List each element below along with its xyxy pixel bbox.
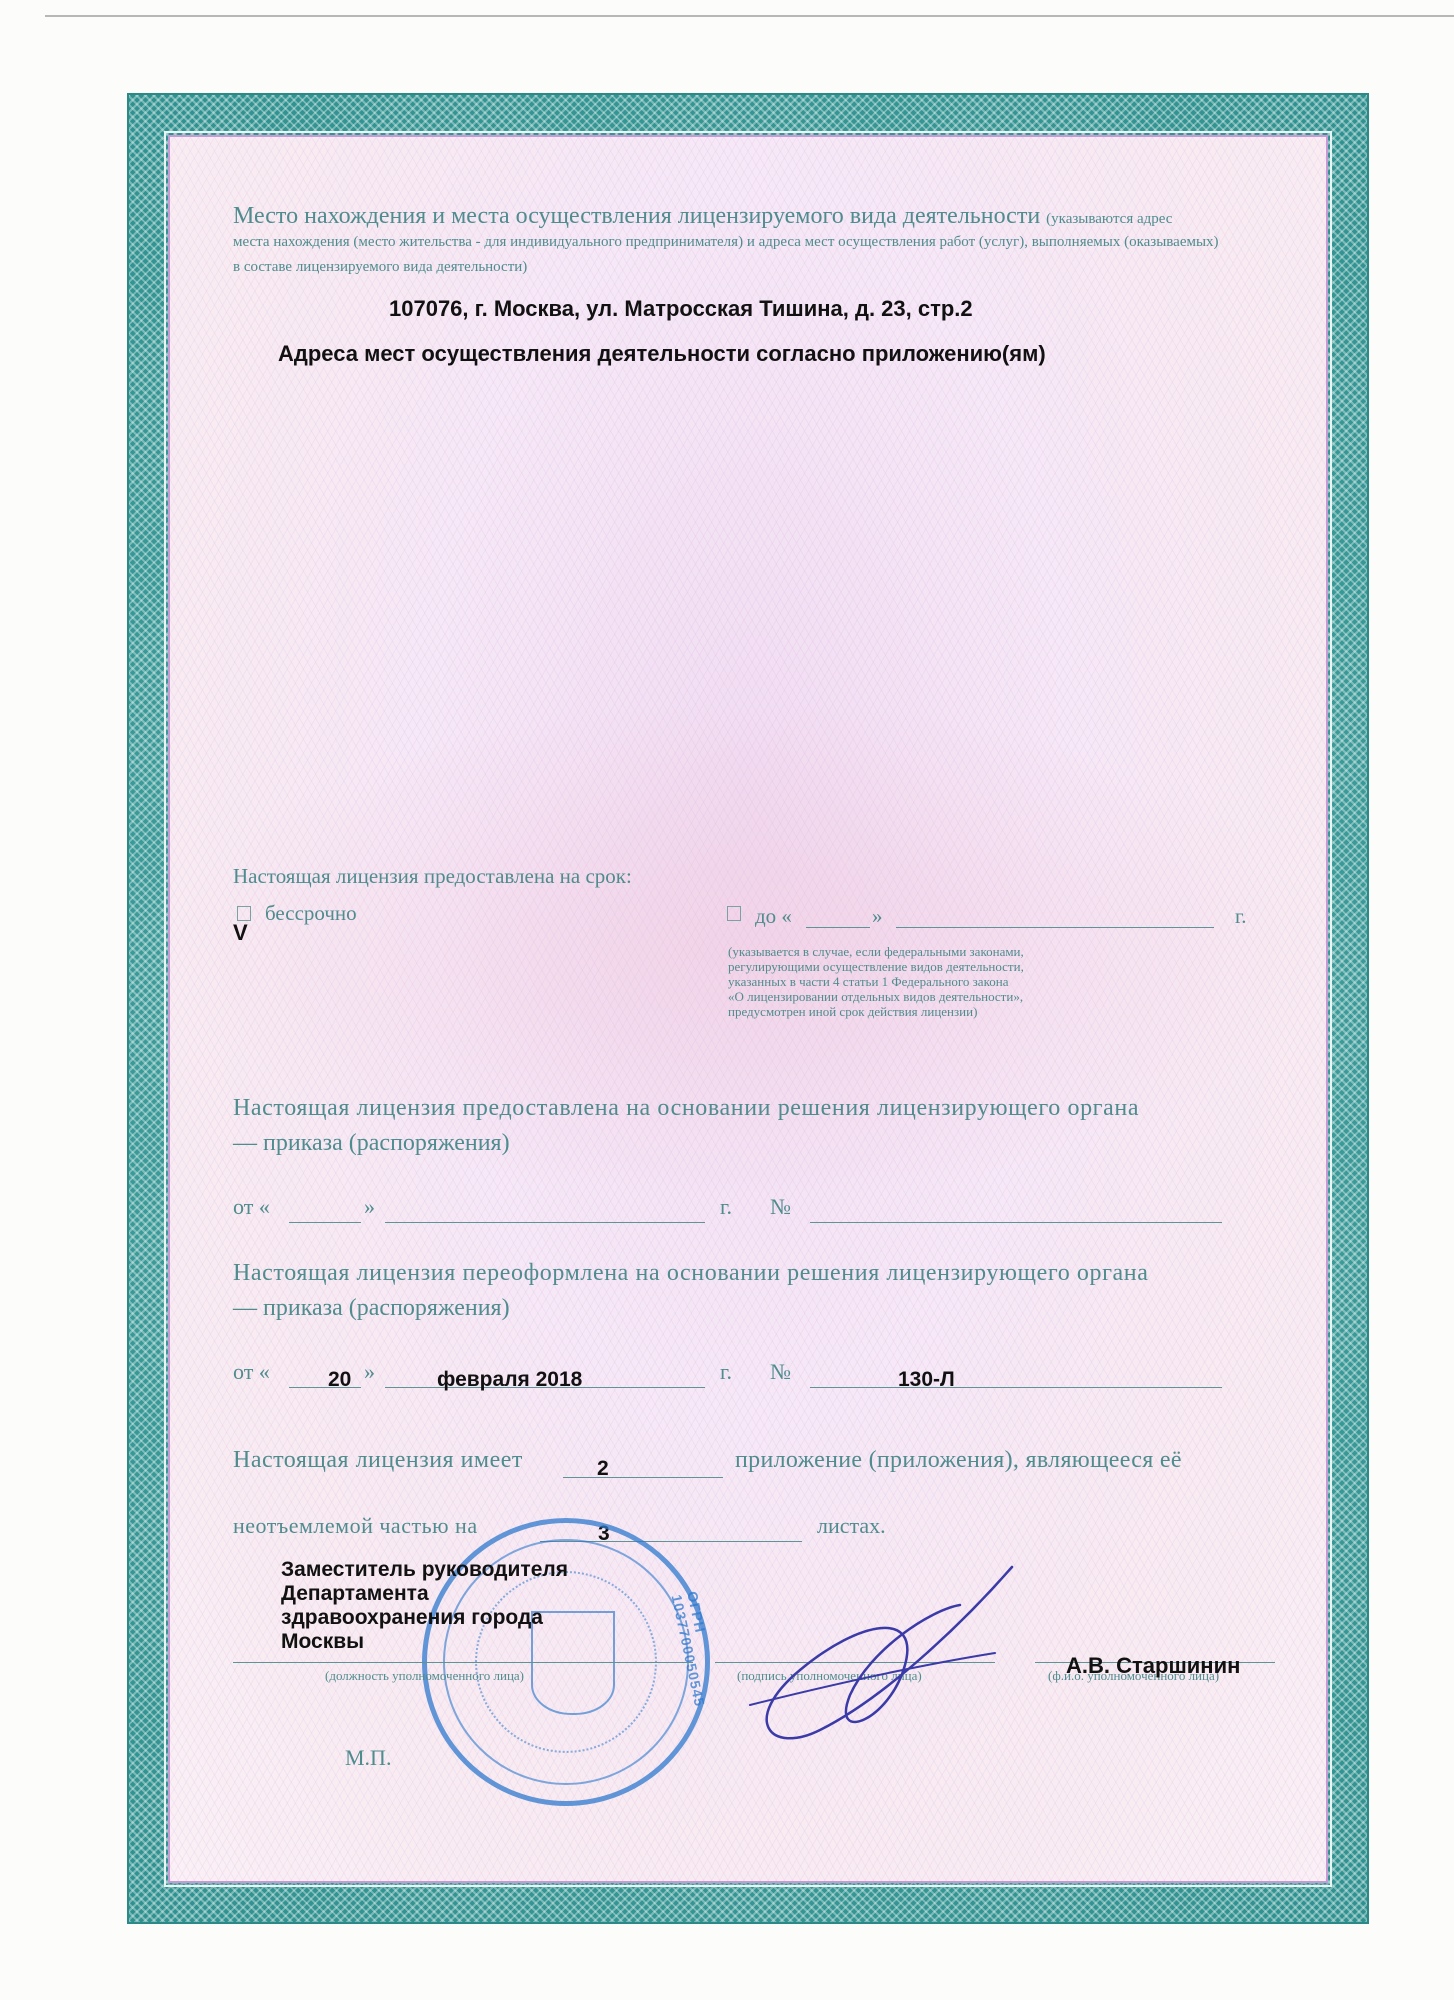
term-note-line: «О лицензировании отдельных видов деятел… bbox=[728, 989, 1088, 1004]
basis-from-label: от « bbox=[233, 1194, 270, 1220]
location-note-2: места нахождения (место жительства - для… bbox=[233, 234, 1219, 251]
activity-addresses-note: Адреса мест осуществления деятельности с… bbox=[278, 341, 1046, 367]
location-heading-text: Место нахождения и места осуществления л… bbox=[233, 203, 1040, 229]
until-close-quote: » bbox=[872, 904, 883, 929]
reissue-from-label: от « bbox=[233, 1359, 270, 1385]
until-month-year-field[interactable] bbox=[896, 927, 1214, 928]
until-year-suffix: г. bbox=[1235, 904, 1247, 929]
position-line: здравоохранения города bbox=[281, 1606, 568, 1630]
position-line: Департамента bbox=[281, 1582, 568, 1606]
basis-line-1: Настоящая лицензия предоставлена на осно… bbox=[233, 1095, 1139, 1122]
seal-place-label: М.П. bbox=[345, 1745, 391, 1771]
signatory-position: Заместитель руководителя Департамента зд… bbox=[281, 1558, 568, 1654]
reissue-day-value: 20 bbox=[328, 1368, 351, 1392]
position-line-field bbox=[233, 1662, 693, 1663]
until-date-checkbox[interactable] bbox=[727, 906, 741, 921]
check-mark-icon: V bbox=[233, 920, 248, 946]
reissue-line-2: — приказа (распоряжения) bbox=[233, 1295, 510, 1322]
reissue-month-year-value: февраля 2018 bbox=[437, 1368, 582, 1392]
location-heading: Место нахождения и места осуществления л… bbox=[233, 203, 1172, 230]
license-address: 107076, г. Москва, ул. Матросская Тишина… bbox=[389, 296, 973, 322]
attachments-count-value: 2 bbox=[597, 1457, 609, 1481]
scan-edge-line bbox=[45, 15, 1454, 17]
basis-number-field[interactable] bbox=[810, 1222, 1222, 1223]
sheets-prefix: неотъемлемой частью на bbox=[233, 1513, 478, 1539]
handwritten-signature bbox=[730, 1555, 1030, 1755]
indefinite-checkbox[interactable] bbox=[237, 906, 251, 921]
reissue-number-label: № bbox=[770, 1359, 791, 1385]
position-line: Заместитель руководителя bbox=[281, 1558, 568, 1582]
term-note: (указывается в случае, если федеральными… bbox=[728, 944, 1088, 1019]
position-caption: (должность уполномоченного лица) bbox=[325, 1668, 524, 1684]
basis-close-quote: » bbox=[364, 1194, 375, 1220]
basis-line-2: — приказа (распоряжения) bbox=[233, 1130, 510, 1157]
sheets-suffix: листах. bbox=[817, 1513, 886, 1539]
term-note-line: (указывается в случае, если федеральными… bbox=[728, 944, 1088, 959]
reissue-number-field[interactable] bbox=[810, 1387, 1222, 1388]
basis-year-suffix: г. bbox=[720, 1194, 732, 1220]
reissue-year-suffix: г. bbox=[720, 1359, 732, 1385]
reissue-number-value: 130-Л bbox=[898, 1368, 955, 1392]
attachments-prefix: Настоящая лицензия имеет bbox=[233, 1447, 523, 1474]
basis-month-year-field[interactable] bbox=[385, 1222, 705, 1223]
reissue-line-1: Настоящая лицензия переоформлена на осно… bbox=[233, 1260, 1149, 1287]
location-note-1: (указываются адрес bbox=[1046, 211, 1172, 227]
signatory-name: А.В. Старшинин bbox=[1066, 1653, 1240, 1679]
basis-day-field[interactable] bbox=[289, 1222, 361, 1223]
attachments-suffix: приложение (приложения), являющееся её bbox=[735, 1447, 1182, 1474]
position-line: Москвы bbox=[281, 1630, 568, 1654]
attachments-count-field[interactable] bbox=[563, 1477, 723, 1478]
until-label: до « bbox=[755, 904, 792, 929]
location-note-3: в составе лицензируемого вида деятельнос… bbox=[233, 259, 527, 276]
until-day-field[interactable] bbox=[806, 927, 870, 928]
term-note-line: регулирующими осуществление видов деятел… bbox=[728, 959, 1088, 974]
indefinite-label: бессрочно bbox=[265, 901, 357, 926]
reissue-close-quote: » bbox=[364, 1359, 375, 1385]
term-note-line: предусмотрен иной срок действия лицензии… bbox=[728, 1004, 1088, 1019]
term-heading: Настоящая лицензия предоставлена на срок… bbox=[233, 864, 632, 889]
basis-number-label: № bbox=[770, 1194, 791, 1220]
term-note-line: указанных в части 4 статьи 1 Федеральног… bbox=[728, 974, 1088, 989]
